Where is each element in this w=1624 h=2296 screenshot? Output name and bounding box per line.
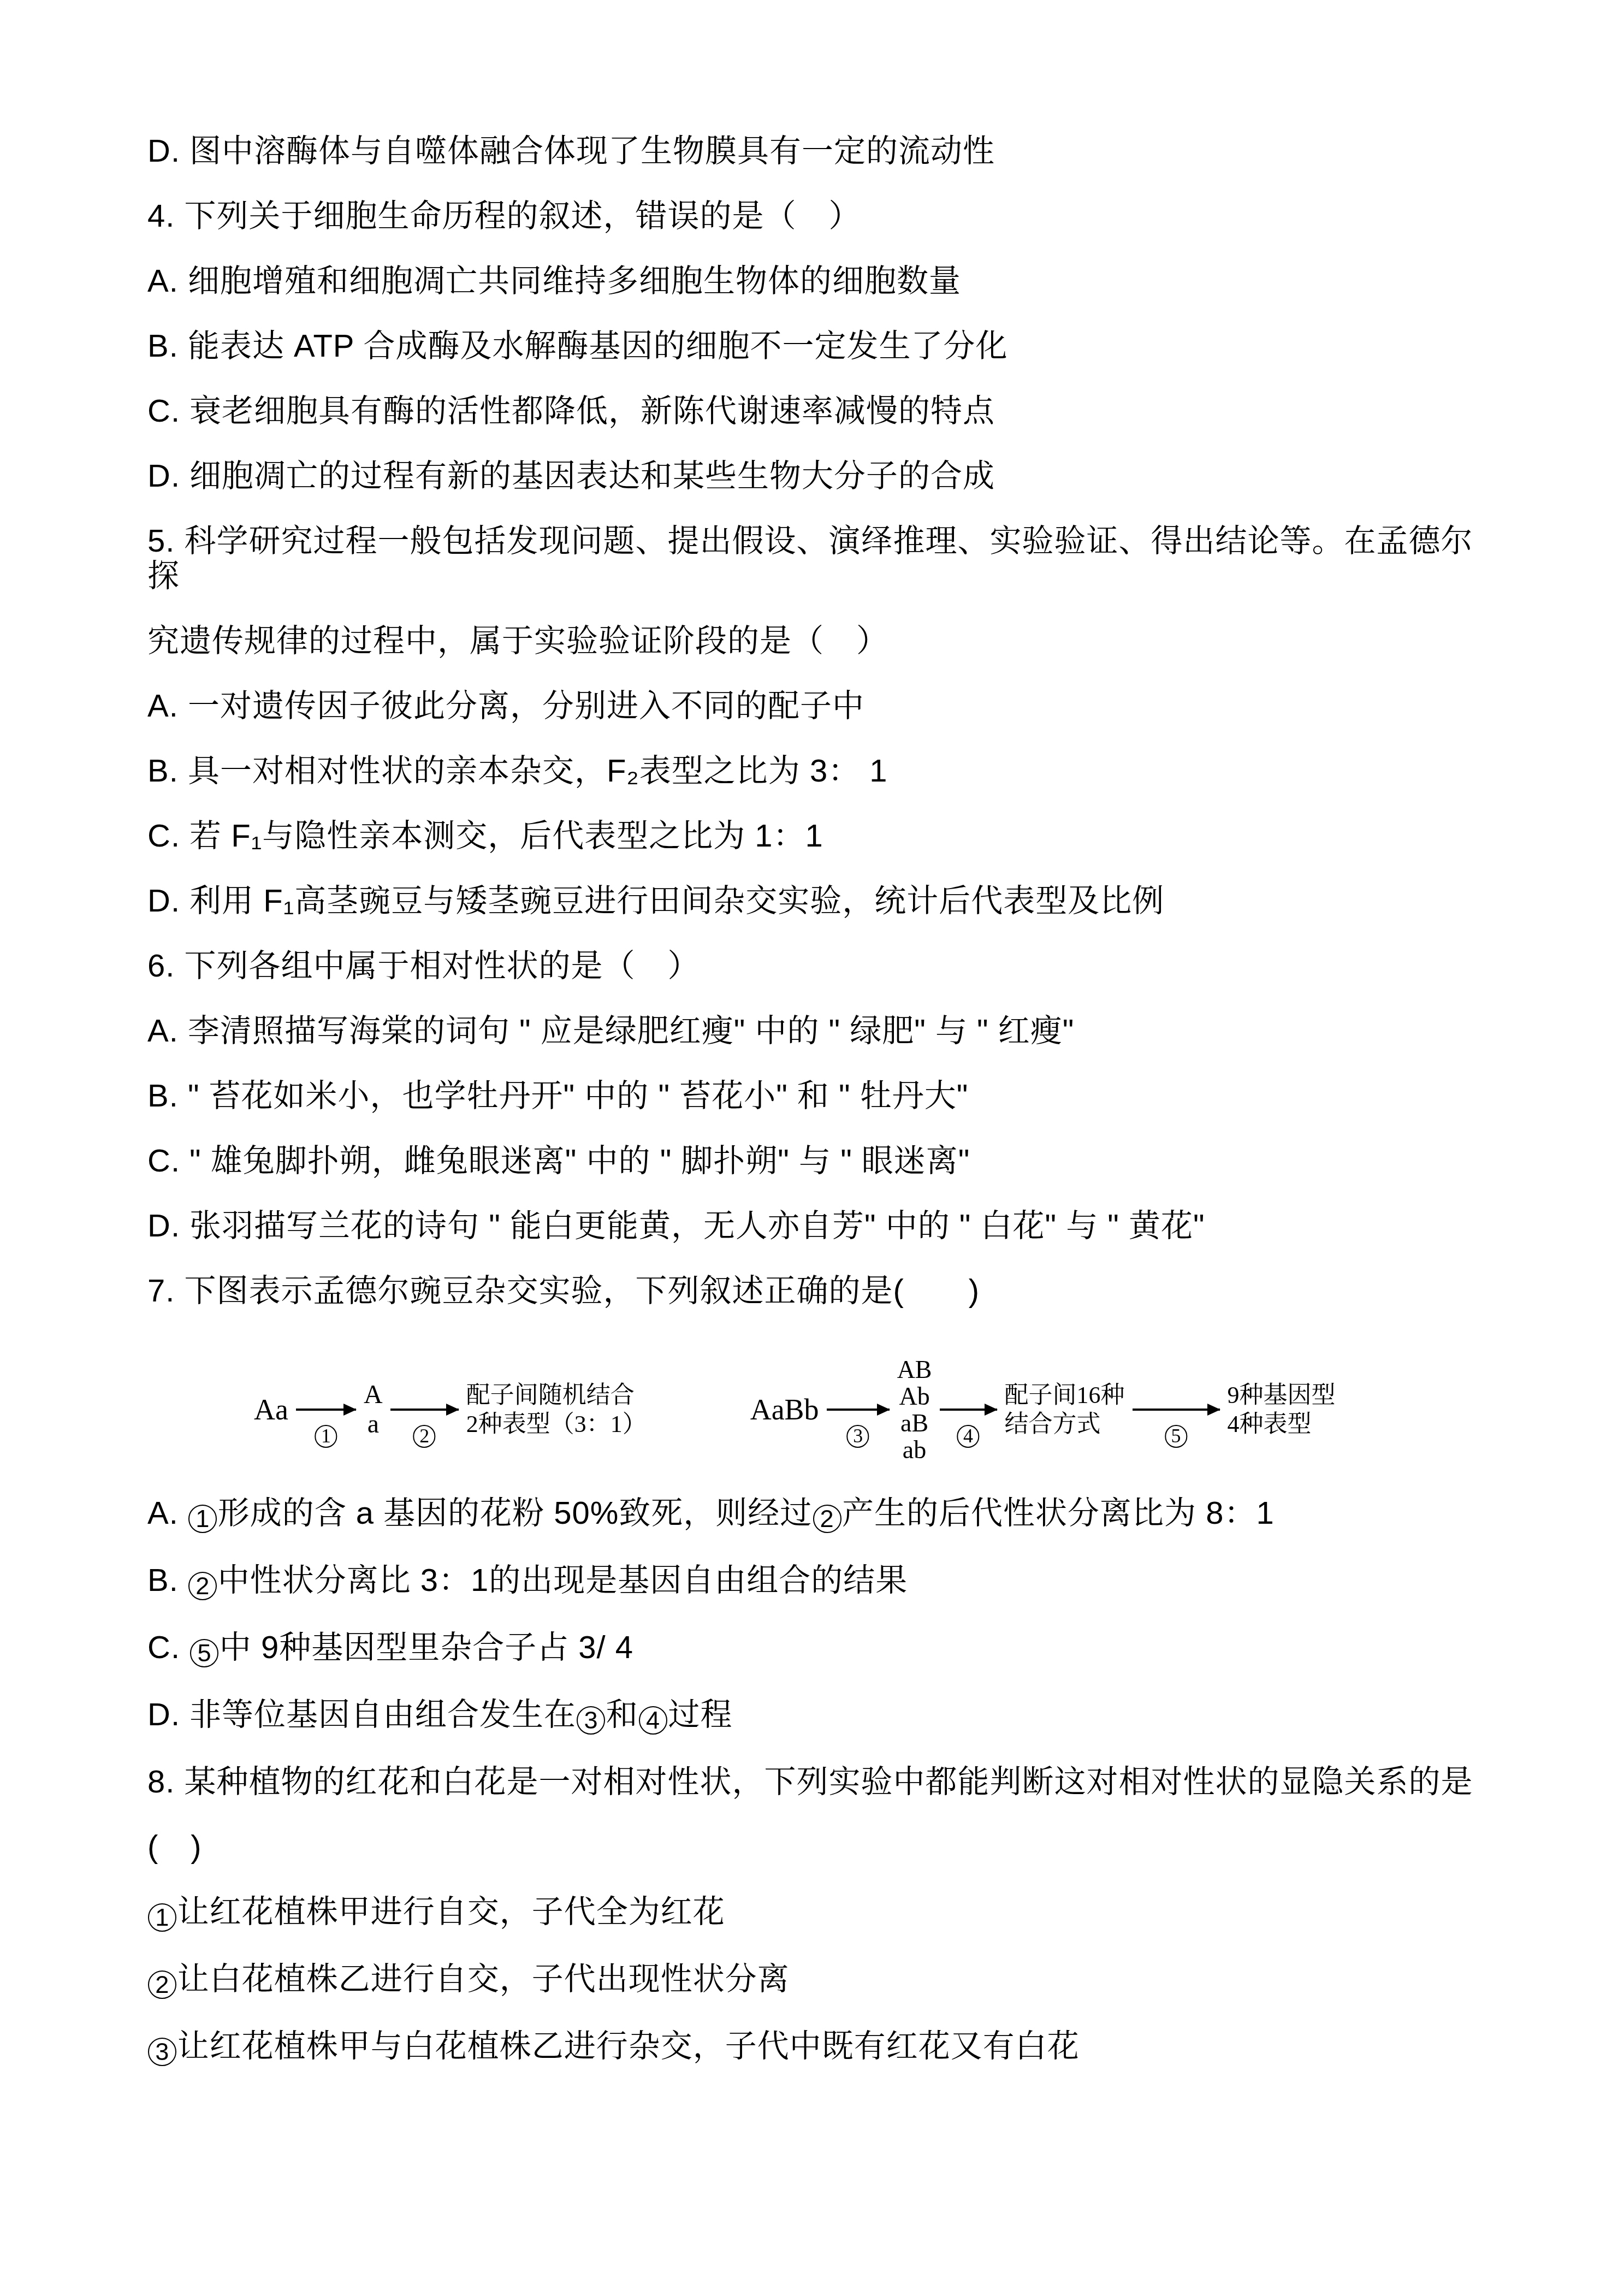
q4-option-b: B. 能表达 ATP 合成酶及水解酶基因的细胞不一定发生了分化 [147, 329, 1498, 364]
dihybrid-cross-group: AaBb 3 AB Ab aB ab 4 配子间16种 结合方式 [750, 1356, 1336, 1463]
q6-stem: 6. 下列各组中属于相对性状的是（ ） [147, 949, 1498, 984]
arrow-right-icon [390, 1409, 459, 1411]
q6-option-d: D. 张羽描写兰花的诗句 " 能白更能黄，无人亦自芳" 中的 " 白花" 与 "… [147, 1209, 1498, 1244]
q5-stem-line2: 究遗传规律的过程中，属于实验验证阶段的是（ ） [147, 624, 1498, 659]
q7-option-c: C. 5中 9种基因型里杂合子占 3/ 4 [147, 1630, 1498, 1667]
circled-number: 4 [957, 1425, 979, 1447]
gamete-aB: aB [900, 1410, 928, 1436]
parent-genotype-aa: Aa [254, 1395, 288, 1424]
gamete-a: a [368, 1410, 379, 1439]
dihybrid-result-line2: 4种表型 [1228, 1410, 1336, 1439]
circled-number: 4 [639, 1706, 667, 1735]
step-2-circled-label: 2 [412, 1419, 436, 1448]
q5-option-d: D. 利用 F₁高茎豌豆与矮茎豌豆进行田间杂交实验，统计后代表型及比例 [147, 884, 1498, 919]
circled-number: 2 [188, 1572, 217, 1600]
circled-number: 1 [188, 1505, 217, 1533]
q8-item-2: 2让白花植株乙进行自交，子代出现性状分离 [147, 1962, 1498, 1999]
q5-stem-line1: 5. 科学研究过程一般包括发现问题、提出假设、演绎推理、实验验证、得出结论等。在… [147, 524, 1498, 594]
q6-option-b: B. " 苔花如米小，也学牡丹开" 中的 " 苔花小" 和 " 牡丹大" [147, 1079, 1498, 1114]
gamete-ab: ab [903, 1436, 926, 1463]
q5-option-c: C. 若 F₁与隐性亲本测交，后代表型之比为 1：1 [147, 819, 1498, 854]
circled-number: 2 [148, 1970, 176, 1999]
q7-stem: 7. 下图表示孟德尔豌豆杂交实验，下列叙述正确的是( ) [147, 1274, 1498, 1309]
circled-number: 3 [148, 2038, 176, 2066]
dihybrid-combination-line2: 结合方式 [1005, 1410, 1125, 1439]
q8-stem-line2: ( ) [147, 1830, 1498, 1865]
circled-number: 5 [1165, 1425, 1187, 1447]
monohybrid-cross-group: Aa 1 A a 2 配子间随机结合 2种表型（3：1） [254, 1380, 647, 1439]
arrow-right-icon [940, 1409, 997, 1411]
monohybrid-result-line2: 2种表型（3：1） [466, 1410, 647, 1439]
q4-stem: 4. 下列关于细胞生命历程的叙述，错误的是（ ） [147, 199, 1498, 234]
gamete-A: A [364, 1380, 383, 1410]
q7-option-b: B. 2中性状分离比 3：1的出现是基因自由组合的结果 [147, 1563, 1498, 1600]
q5-option-b: B. 具一对相对性状的亲本杂交，F₂表型之比为 3： 1 [147, 754, 1498, 789]
q8-item-1: 1让红花植株甲进行自交，子代全为红花 [147, 1895, 1498, 1932]
circled-number: 1 [315, 1425, 337, 1447]
dihybrid-result-line1: 9种基因型 [1228, 1381, 1336, 1410]
circled-number: 1 [148, 1903, 176, 1932]
q6-option-a: A. 李清照描写海棠的词句 " 应是绿肥红瘦" 中的 " 绿肥" 与 " 红瘦" [147, 1014, 1498, 1049]
gamete-Ab: Ab [899, 1383, 929, 1410]
q4-option-c: C. 衰老细胞具有酶的活性都降低，新陈代谢速率减慢的特点 [147, 394, 1498, 429]
q5-option-a: A. 一对遗传因子彼此分离，分别进入不同的配子中 [147, 689, 1498, 724]
step-3-circled-label: 3 [846, 1419, 869, 1448]
circled-number: 3 [577, 1706, 605, 1735]
q7-option-a: A. 1形成的含 a 基因的花粉 50%致死，则经过2产生的后代性状分离比为 8… [147, 1496, 1498, 1533]
meiosis-step-1: 1 [296, 1403, 356, 1417]
gamete-stack-dihybrid: AB Ab aB ab [897, 1356, 932, 1463]
arrow-right-icon [1133, 1409, 1220, 1411]
arrow-right-icon [827, 1409, 890, 1411]
step-5-circled-label: 5 [1164, 1419, 1188, 1448]
q4-option-a: A. 细胞增殖和细胞凋亡共同维持多细胞生物体的细胞数量 [147, 264, 1498, 299]
q4-option-d: D. 细胞凋亡的过程有新的基因表达和某些生物大分子的合成 [147, 459, 1498, 494]
q3-option-d: D. 图中溶酶体与自噬体融合体现了生物膜具有一定的流动性 [147, 134, 1498, 169]
arrow-right-icon [296, 1409, 356, 1411]
fertilization-step-2: 2 [390, 1403, 459, 1417]
gamete-AB: AB [897, 1356, 932, 1383]
q8-item-3: 3让红花植株甲与白花植株乙进行杂交，子代中既有红花又有白花 [147, 2029, 1498, 2066]
gamete-stack-monohybrid: A a [364, 1380, 383, 1439]
dihybrid-result-text: 9种基因型 4种表型 [1228, 1381, 1336, 1439]
q7-option-d: D. 非等位基因自由组合发生在3和4过程 [147, 1697, 1498, 1735]
exam-page: D. 图中溶酶体与自噬体融合体现了生物膜具有一定的流动性 4. 下列关于细胞生命… [0, 0, 1624, 2296]
step-4-circled-label: 4 [956, 1419, 980, 1448]
monohybrid-result-line1: 配子间随机结合 [466, 1381, 647, 1410]
development-step-5: 5 [1133, 1403, 1220, 1417]
step-1-circled-label: 1 [314, 1419, 337, 1448]
circled-number: 2 [813, 1505, 841, 1533]
circled-number: 2 [413, 1425, 436, 1447]
fertilization-step-4: 4 [940, 1403, 997, 1417]
circled-number: 3 [847, 1425, 869, 1447]
parent-genotype-aabb: AaBb [750, 1395, 819, 1424]
dihybrid-combination-line1: 配子间16种 [1005, 1381, 1125, 1410]
monohybrid-result-text: 配子间随机结合 2种表型（3：1） [466, 1381, 647, 1439]
meiosis-step-3: 3 [827, 1403, 890, 1417]
q8-stem-line1: 8. 某种植物的红花和白花是一对相对性状，下列实验中都能判断这对相对性状的显隐关… [147, 1765, 1498, 1800]
q6-option-c: C. " 雄兔脚扑朔，雌兔眼迷离" 中的 " 脚扑朔" 与 " 眼迷离" [147, 1144, 1498, 1179]
page-content: D. 图中溶酶体与自噬体融合体现了生物膜具有一定的流动性 4. 下列关于细胞生命… [0, 0, 1624, 2066]
circled-number: 5 [190, 1639, 218, 1667]
dihybrid-combination-text: 配子间16种 结合方式 [1005, 1381, 1125, 1439]
q7-pea-cross-diagram: Aa 1 A a 2 配子间随机结合 2种表型（3：1） [254, 1339, 1498, 1481]
